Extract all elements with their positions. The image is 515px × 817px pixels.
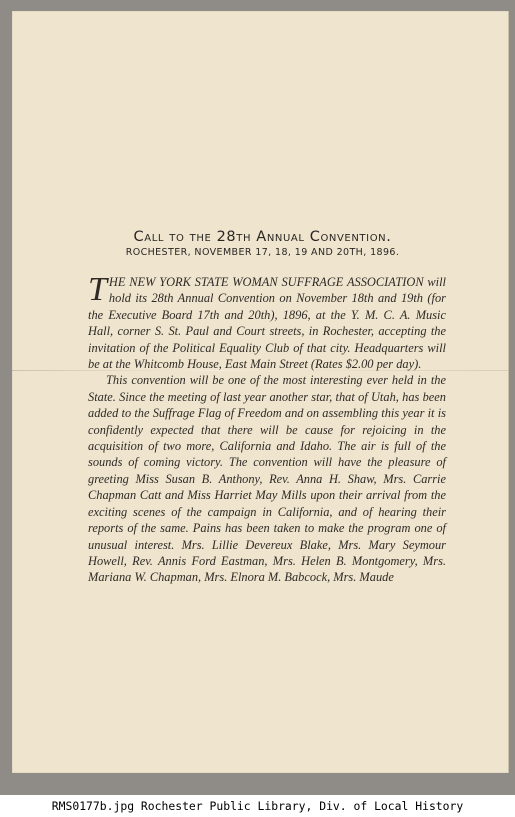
page-edge xyxy=(508,11,509,773)
drop-cap: T xyxy=(88,276,107,304)
document-heading: Call to the 28th Annual Convention. ROCH… xyxy=(12,228,509,260)
document-body: THE NEW YORK STATE WOMAN SUFFRAGE ASSOCI… xyxy=(88,274,446,586)
paragraph-2: This convention will be one of the most … xyxy=(88,372,446,585)
image-caption: RMS0177b.jpg Rochester Public Library, D… xyxy=(0,795,515,817)
document-page: Call to the 28th Annual Convention. ROCH… xyxy=(12,11,509,773)
paragraph-1: THE NEW YORK STATE WOMAN SUFFRAGE ASSOCI… xyxy=(88,274,446,372)
document-title: Call to the 28th Annual Convention. xyxy=(16,228,509,246)
document-subtitle: ROCHESTER, NOVEMBER 17, 18, 19 AND 20TH,… xyxy=(16,246,509,260)
scan-background: Call to the 28th Annual Convention. ROCH… xyxy=(0,0,515,795)
paragraph-1-text: HE NEW YORK STATE WOMAN SUFFRAGE ASSOCIA… xyxy=(88,275,446,371)
